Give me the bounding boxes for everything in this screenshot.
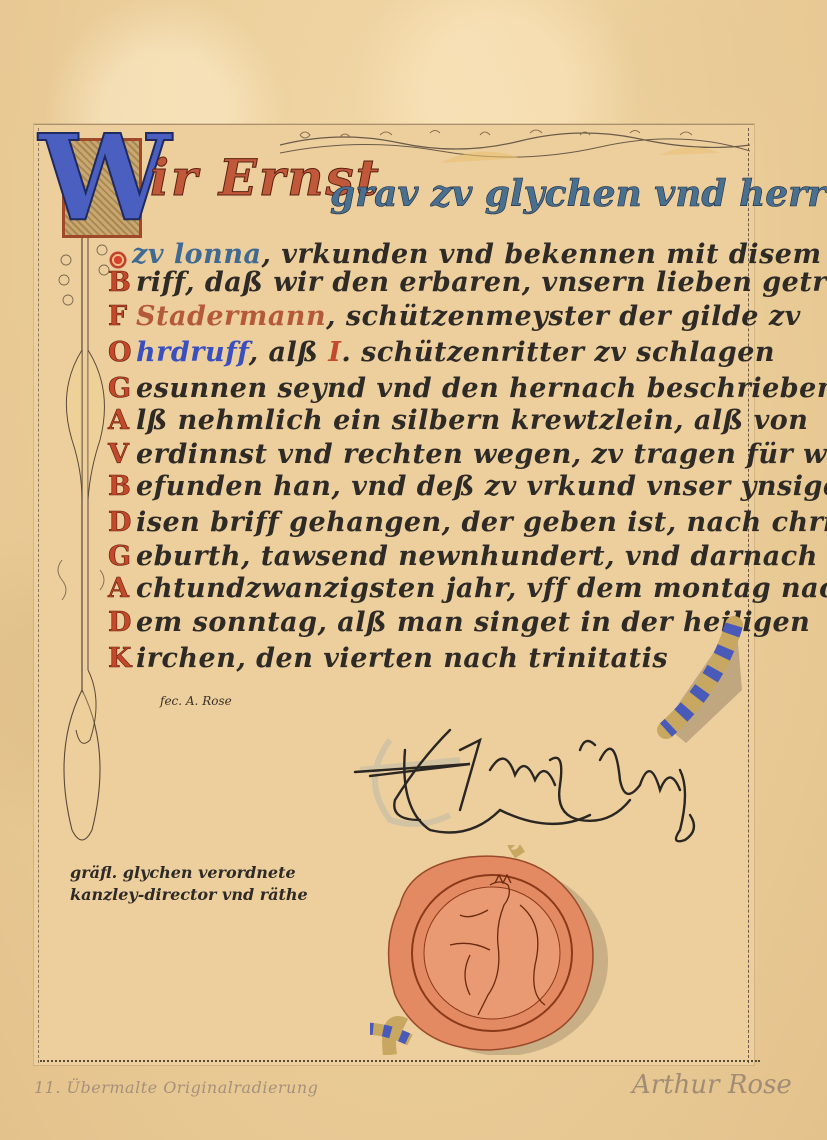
chancery-line-1: gräfl. glychen verordnete bbox=[70, 862, 308, 884]
charter-line: Verdinnst vnd rechten wegen, zv tragen f… bbox=[108, 438, 827, 472]
line-text: irchen, den vierten nach trinitatis bbox=[136, 643, 668, 674]
rubric-drop-letter: V bbox=[108, 438, 134, 472]
charter-line: Befunden han, vnd deß zv vrkund vnser yn… bbox=[108, 470, 827, 504]
charter-line: Geburth, tawsend newnhundert, vnd darnac… bbox=[108, 540, 827, 574]
charter-line: Gesunnen seynd vnd den hernach beschrieb… bbox=[108, 372, 827, 406]
charter-line: FStadermann, schützenmeyster der gilde z… bbox=[108, 300, 801, 334]
line-text: , alß bbox=[249, 337, 328, 368]
line-text: chtundzwanzigsten jahr, vff dem montag n… bbox=[136, 573, 827, 604]
line-text: Stadermann bbox=[136, 301, 326, 332]
charter-line: Briff, daß wir den erbaren, vnsern liebe… bbox=[108, 266, 827, 300]
line-text: riff, daß wir den erbaren, vnsern lieben… bbox=[136, 267, 827, 298]
line-text: , schützenmeyster der gilde zv bbox=[326, 301, 801, 332]
heading-title-blue: grav zv glychen vnd herr bbox=[330, 172, 826, 216]
plate-border-left bbox=[38, 128, 39, 1063]
line-text: eburth, tawsend newnhundert, vnd darnach… bbox=[136, 541, 827, 572]
line-text: . schützenritter zv schlagen bbox=[341, 337, 775, 368]
left-margin-flourish bbox=[52, 230, 112, 850]
rubric-drop-letter: D bbox=[108, 506, 134, 540]
rubric-drop-letter: B bbox=[108, 470, 134, 504]
rubric-drop-letter: B bbox=[108, 266, 134, 300]
charter-line: Achtundzwanzigsten jahr, vff dem montag … bbox=[108, 572, 827, 606]
line-text: I bbox=[328, 337, 341, 368]
line-text: hrdruff bbox=[136, 337, 249, 368]
rubric-drop-letter: F bbox=[108, 300, 134, 334]
pencil-artist-signature: Arthur Rose bbox=[632, 1070, 792, 1100]
chancery-line-2: kanzley-director vnd räthe bbox=[70, 884, 308, 906]
line-text: erdinnst vnd rechten wegen, zv tragen fü… bbox=[136, 439, 827, 470]
charter-line: Alß nehmlich ein silbern krewtzlein, alß… bbox=[108, 404, 808, 438]
charter-line: Kirchen, den vierten nach trinitatis bbox=[108, 642, 668, 676]
rubric-drop-letter: O bbox=[108, 336, 134, 370]
wax-seal-lion bbox=[370, 845, 610, 1055]
rubric-drop-letter: A bbox=[108, 572, 134, 606]
plate-border-bottom bbox=[40, 1060, 760, 1062]
charter-line: Disen briff gehangen, der geben ist, nac… bbox=[108, 506, 827, 540]
pencil-edition-note: 11. Übermalte Originalradierung bbox=[34, 1078, 318, 1097]
line-text: efunden han, vnd deß zv vrkund vnser yns… bbox=[136, 471, 827, 502]
line-text: esunnen seynd vnd den hernach beschriebe… bbox=[136, 373, 827, 404]
rubric-drop-letter: K bbox=[108, 642, 134, 676]
chancery-attestation: gräfl. glychen verordnete kanzley-direct… bbox=[70, 862, 308, 906]
rubric-drop-letter: A bbox=[108, 404, 134, 438]
rubric-drop-letter: G bbox=[108, 540, 134, 574]
rubric-drop-letter: G bbox=[108, 372, 134, 406]
line-text: isen briff gehangen, der geben ist, nach… bbox=[136, 507, 827, 538]
rubric-drop-letter: D bbox=[108, 606, 134, 640]
charter-line: Ohrdruff, alß I. schützenritter zv schla… bbox=[108, 336, 775, 370]
engraver-credit: fec. A. Rose bbox=[160, 694, 232, 708]
line-text: lß nehmlich ein silbern krewtzlein, alß … bbox=[136, 405, 808, 436]
handwritten-signature bbox=[350, 720, 730, 850]
illuminated-initial-w: W bbox=[38, 118, 168, 238]
